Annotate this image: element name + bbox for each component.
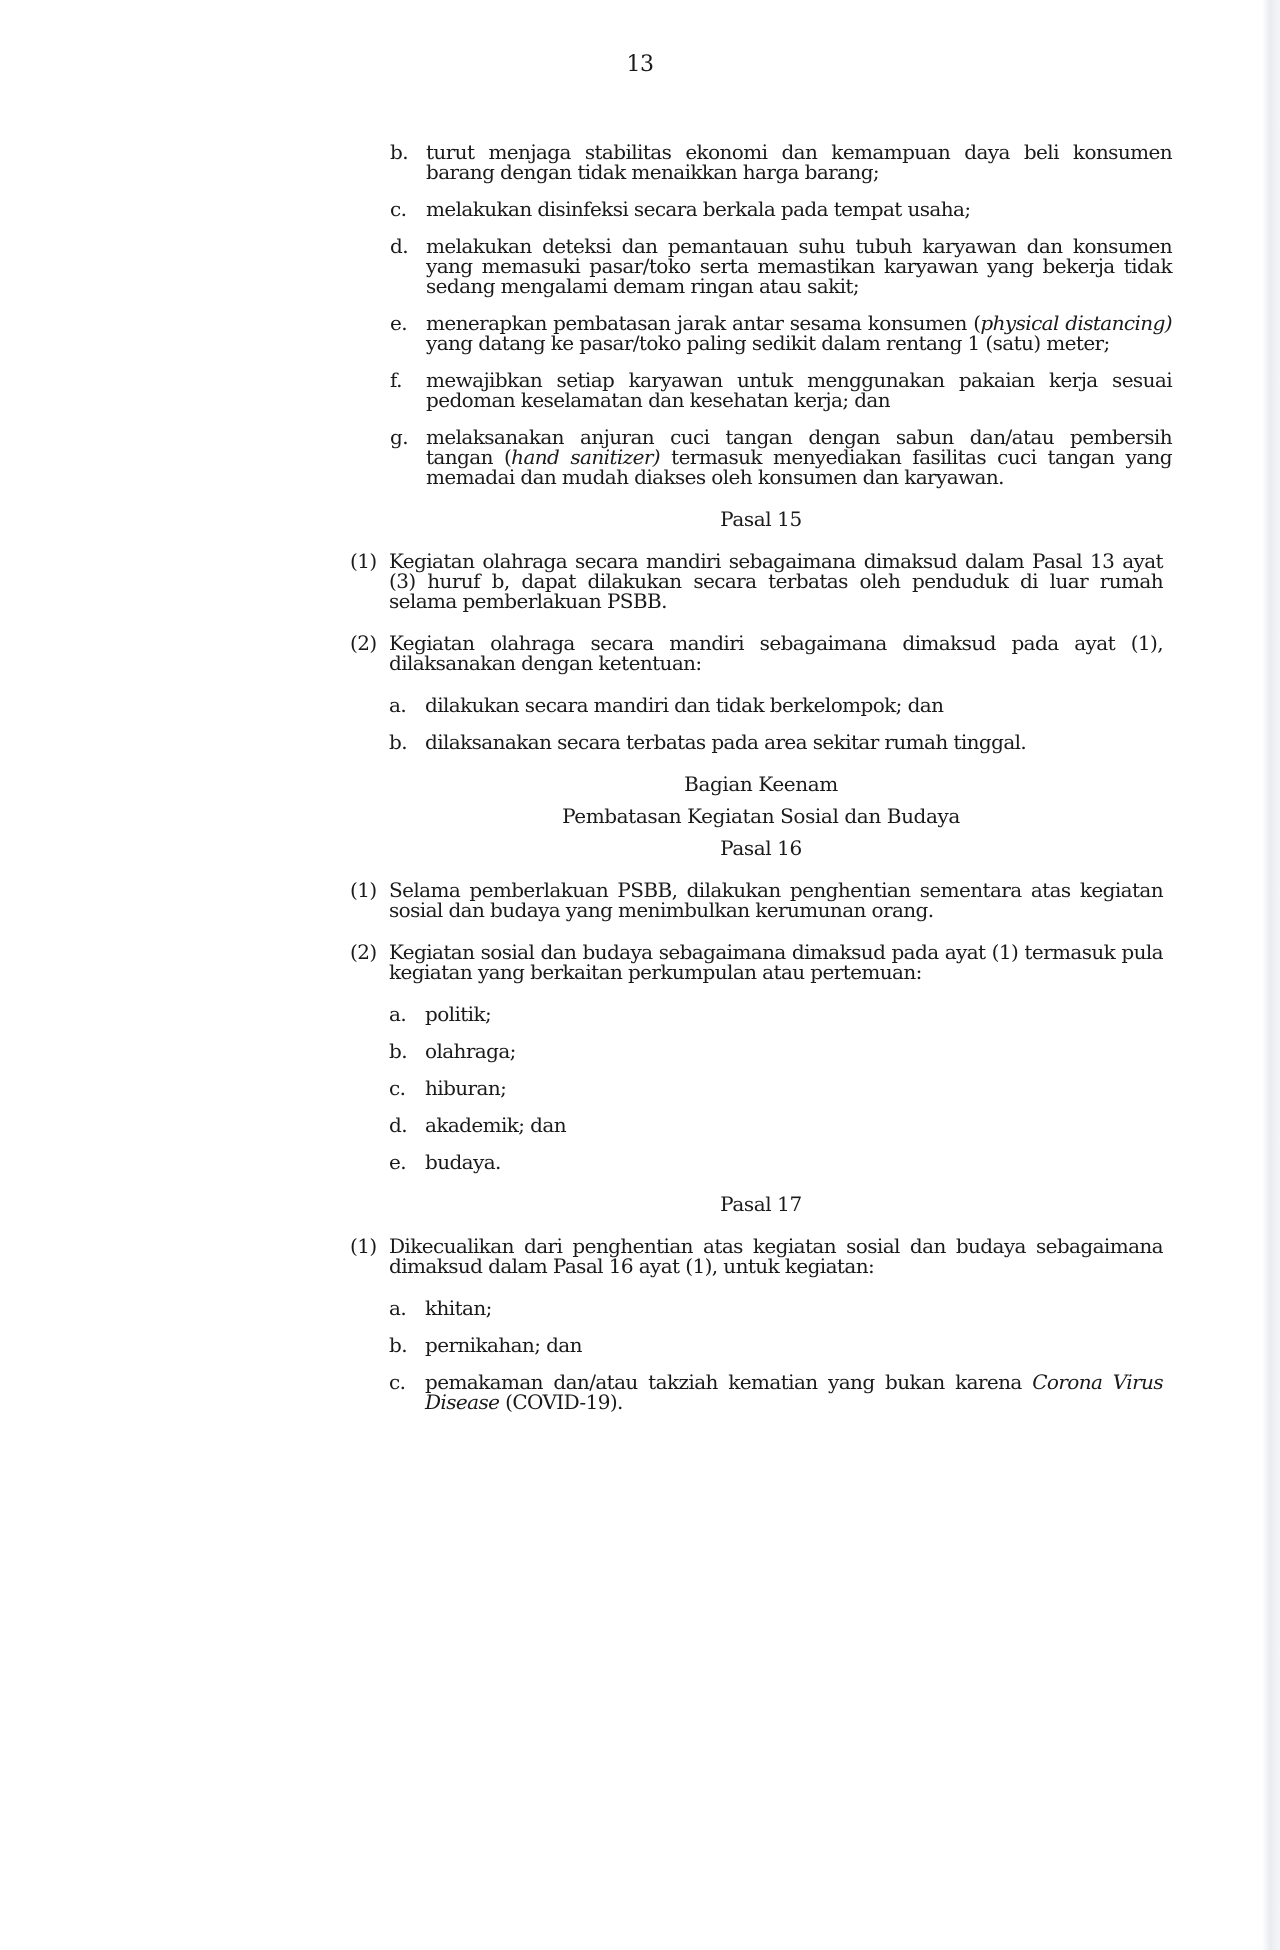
ayat-item: (2) Kegiatan sosial dan budaya sebagaima… (350, 942, 1172, 982)
pasal-17-title: Pasal 17 (350, 1194, 1172, 1214)
item-text: melaksanakan anjuran cuci tangan dengan … (426, 427, 1172, 487)
sub-list-item: a. khitan; (350, 1298, 1172, 1318)
item-label: b. (389, 1041, 425, 1061)
item-label: e. (389, 1152, 425, 1172)
item-label: f. (390, 370, 426, 410)
sub-list-item: b. dilaksanakan secara terbatas pada are… (350, 732, 1172, 752)
ayat-item: (2) Kegiatan olahraga secara mandiri seb… (350, 633, 1172, 673)
item-label: g. (390, 427, 426, 487)
ayat-text: Kegiatan olahraga secara mandiri sebagai… (389, 633, 1172, 673)
ayat-label: (2) (350, 633, 389, 673)
item-label: c. (390, 199, 426, 219)
item-label: a. (389, 1298, 425, 1318)
bagian-subtitle: Pembatasan Kegiatan Sosial dan Budaya (350, 806, 1172, 826)
sub-list-item: e. budaya. (350, 1152, 1172, 1172)
list-item: g. melaksanakan anjuran cuci tangan deng… (350, 427, 1172, 487)
pasal-16-title: Pasal 16 (350, 838, 1172, 858)
page-edge-shadow (1262, 0, 1280, 1950)
ayat-item: (1) Selama pemberlakuan PSBB, dilakukan … (350, 880, 1172, 920)
item-text: melakukan disinfeksi secara berkala pada… (426, 199, 1172, 219)
ayat-text: Kegiatan sosial dan budaya sebagaimana d… (389, 942, 1172, 982)
page-number: 13 (0, 52, 1280, 78)
item-text: budaya. (425, 1152, 1172, 1172)
list-item: c. melakukan disinfeksi secara berkala p… (350, 199, 1172, 219)
item-text: pernikahan; dan (425, 1335, 1172, 1355)
ayat-label: (1) (350, 551, 389, 611)
document-body: b. turut menjaga stabilitas ekonomi dan … (350, 142, 1172, 1429)
item-label: a. (389, 695, 425, 715)
list-item: b. turut menjaga stabilitas ekonomi dan … (350, 142, 1172, 182)
item-text: olahraga; (425, 1041, 1172, 1061)
list-item: e. menerapkan pembatasan jarak antar ses… (350, 313, 1172, 353)
bagian-title: Bagian Keenam (350, 774, 1172, 794)
ayat-item: (1) Dikecualikan dari penghentian atas k… (350, 1236, 1172, 1276)
list-item: f. mewajibkan setiap karyawan untuk meng… (350, 370, 1172, 410)
sub-list-item: b. pernikahan; dan (350, 1335, 1172, 1355)
item-label: e. (390, 313, 426, 353)
sub-list-item: c. pemakaman dan/atau takziah kematian y… (350, 1372, 1172, 1412)
sub-list-item: a. politik; (350, 1004, 1172, 1024)
item-text: menerapkan pembatasan jarak antar sesama… (426, 313, 1172, 353)
item-label: c. (389, 1078, 425, 1098)
list-item: d. melakukan deteksi dan pemantauan suhu… (350, 236, 1172, 296)
pasal-15-title: Pasal 15 (350, 509, 1172, 529)
item-label: d. (389, 1115, 425, 1135)
item-label: a. (389, 1004, 425, 1024)
ayat-text: Selama pemberlakuan PSBB, dilakukan peng… (389, 880, 1172, 920)
ayat-label: (1) (350, 880, 389, 920)
ayat-text: Dikecualikan dari penghentian atas kegia… (389, 1236, 1172, 1276)
sub-list-item: a. dilakukan secara mandiri dan tidak be… (350, 695, 1172, 715)
item-text: politik; (425, 1004, 1172, 1024)
item-text: mewajibkan setiap karyawan untuk menggun… (426, 370, 1172, 410)
sub-list-item: c. hiburan; (350, 1078, 1172, 1098)
ayat-item: (1) Kegiatan olahraga secara mandiri seb… (350, 551, 1172, 611)
item-label: b. (389, 732, 425, 752)
item-label: b. (390, 142, 426, 182)
ayat-label: (2) (350, 942, 389, 982)
item-text: melakukan deteksi dan pemantauan suhu tu… (426, 236, 1172, 296)
sub-list-item: b. olahraga; (350, 1041, 1172, 1061)
item-text: dilakukan secara mandiri dan tidak berke… (425, 695, 1172, 715)
item-label: b. (389, 1335, 425, 1355)
item-text: turut menjaga stabilitas ekonomi dan kem… (426, 142, 1172, 182)
item-text: pemakaman dan/atau takziah kematian yang… (425, 1372, 1172, 1412)
item-label: d. (390, 236, 426, 296)
item-text: khitan; (425, 1298, 1172, 1318)
item-text: akademik; dan (425, 1115, 1172, 1135)
item-text: dilaksanakan secara terbatas pada area s… (425, 732, 1172, 752)
sub-list-item: d. akademik; dan (350, 1115, 1172, 1135)
ayat-label: (1) (350, 1236, 389, 1276)
item-text: hiburan; (425, 1078, 1172, 1098)
ayat-text: Kegiatan olahraga secara mandiri sebagai… (389, 551, 1172, 611)
item-label: c. (389, 1372, 425, 1412)
